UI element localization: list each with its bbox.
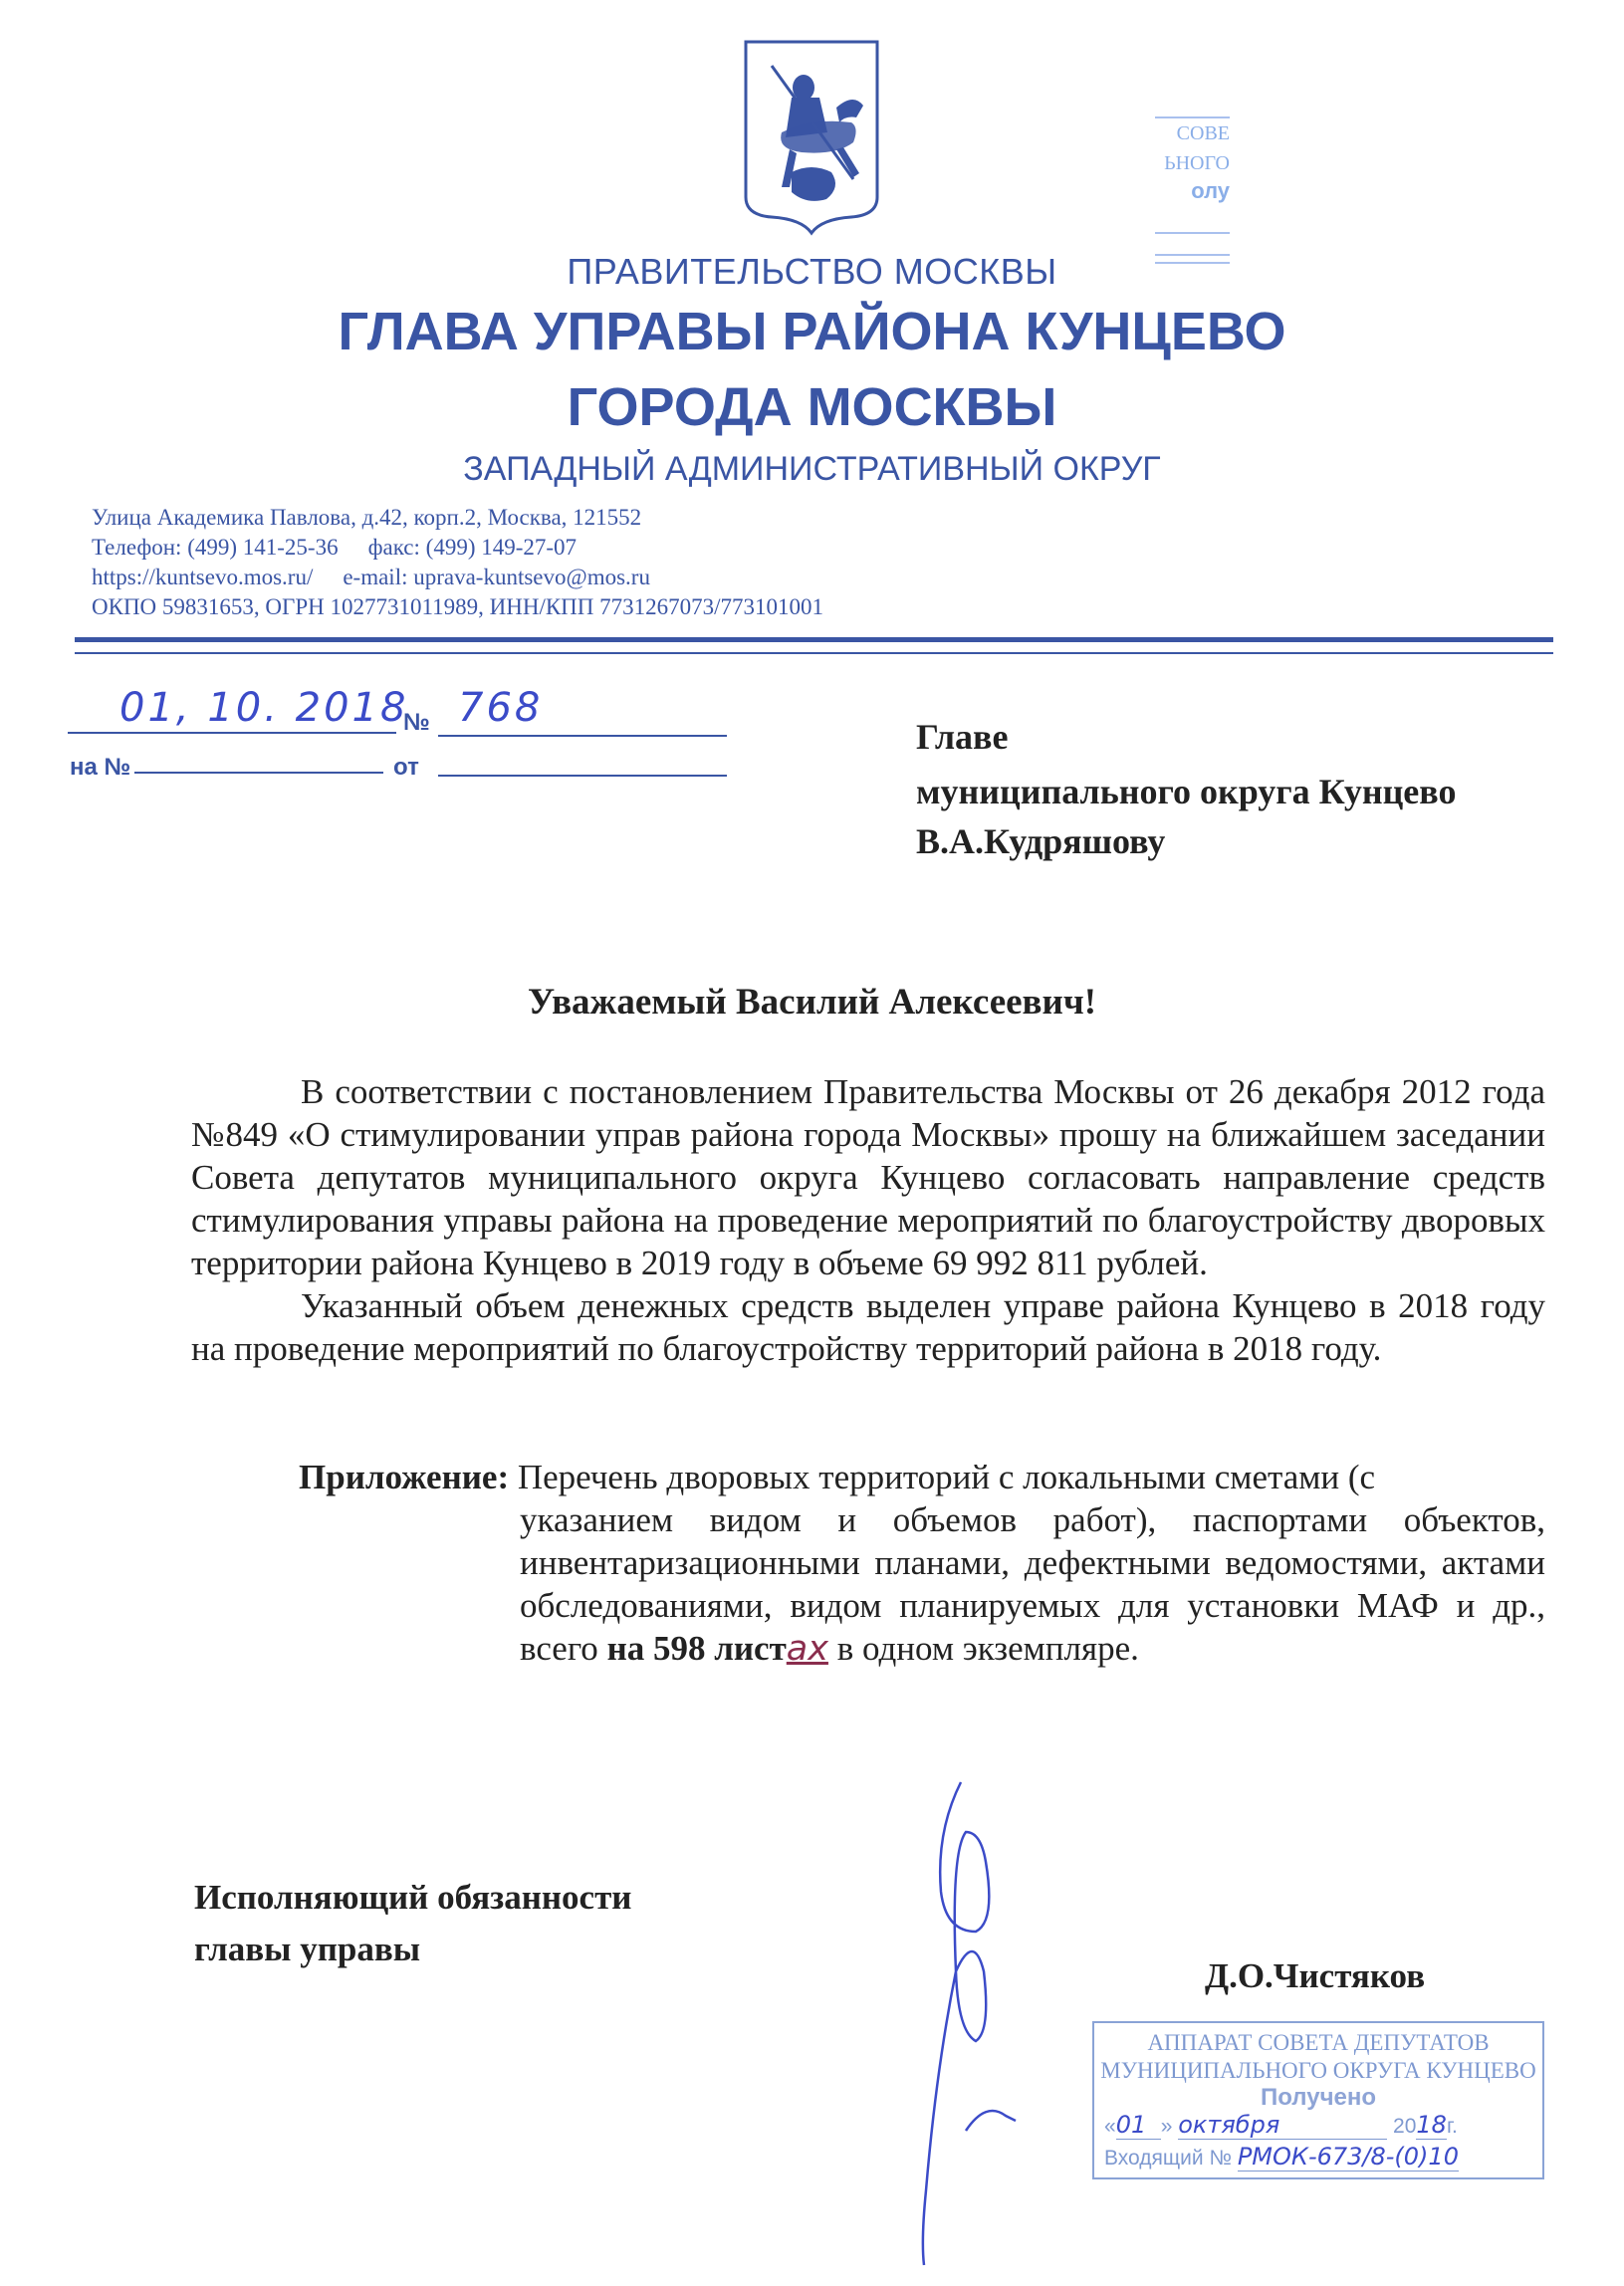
handwritten-correction: ах [787,1629,828,1669]
address: Улица Академика Павлова, д.42, корп.2, М… [92,503,641,533]
stamp-incoming-label: Входящий № [1104,2147,1232,2170]
stamp-year-prefix: 20 [1393,2115,1416,2138]
addressee-line1: Главе [916,712,1008,762]
stamp-org-line1: АППАРАТ СОВЕТА ДЕПУТАТОВ [1094,2029,1542,2057]
reply-to-number-label: на № [70,754,130,782]
appendix-label: Приложение: [299,1458,509,1496]
signer-name: Д.О.Чистяков [1205,1956,1425,1996]
offset-stamp-line2: ЬНОГО [1120,148,1230,178]
addressee-name: В.А.Кудряшову [916,816,1165,866]
appendix: Приложение: Перечень дворовых территорий… [299,1456,1545,1498]
reply-from-line [438,775,727,777]
stamp-incoming-row: Входящий № РМОК-673/8-(0)10 [1104,2143,1459,2172]
fax: факс: (499) 149-27-07 [368,535,577,560]
body-paragraph-1: В соответствии с постановлением Правител… [191,1070,1545,1284]
signer-position-line2: главы управы [194,1924,420,1975]
stamp-status: Получено [1094,2085,1542,2111]
date-field-line [68,732,396,734]
signer-position-line1: Исполняющий обязанности [194,1872,631,1924]
handwritten-signature-icon [866,1772,1115,2270]
org-title-line1: ГЛАВА УПРАВЫ РАЙОНА КУНЦЕВО [0,301,1624,362]
reply-from-label: от [393,754,419,782]
number-label: № [403,709,430,737]
stamp-rule [1155,232,1230,234]
stamp-year-suffix: 18 [1416,2111,1447,2140]
number-field-line [438,735,727,737]
stamp-date-row: «01» октября 2018г. [1104,2111,1458,2140]
reply-to-number-line [134,772,383,774]
stamp-org-line2: МУНИЦИПАЛЬНОГО ОКРУГА КУНЦЕВО [1094,2057,1542,2085]
stamp-incoming-number: РМОК-673/8-(0)10 [1238,2143,1459,2172]
addressee-line2: муниципального округа Кунцево [916,767,1456,816]
email-link[interactable]: e-mail: uprava-kuntsevo@mos.ru [343,565,650,589]
letter-body: В соответствии с постановлением Правител… [191,1070,1545,1370]
appendix-sheet-count: на 598 лист [607,1629,787,1668]
government-name: ПРАВИТЕЛЬСТВО МОСКВЫ [0,251,1624,293]
header-rule-thick [75,637,1553,642]
outgoing-number: 768 [458,685,543,731]
appendix-text: указанием видом и объемов работ), паспор… [520,1498,1545,1671]
stamp-day: 01 [1116,2111,1161,2140]
stamp-year-unit: г. [1447,2115,1458,2138]
received-stamp: АППАРАТ СОВЕТА ДЕПУТАТОВ МУНИЦИПАЛЬНОГО … [1092,2021,1544,2179]
web-email-row: https://kuntsevo.mos.ru/e-mail: uprava-k… [92,563,650,592]
registry-codes: ОКПО 59831653, ОГРН 1027731011989, ИНН/К… [92,592,823,622]
phone-fax-row: Телефон: (499) 141-25-36факс: (499) 149-… [92,533,577,563]
header-rule-thin [75,652,1553,654]
district-name: ЗАПАДНЫЙ АДМИНИСТРАТИВНЫЙ ОКРУГ [0,450,1624,489]
org-title-line2: ГОРОДА МОСКВЫ [0,376,1624,438]
offset-stamp-line1: СОВЕ [1120,118,1230,148]
moscow-coat-of-arms-icon [742,38,881,237]
appendix-first-line: Перечень дворовых территорий с локальным… [518,1458,1375,1496]
body-paragraph-2: Указанный объем денежных средств выделен… [191,1284,1545,1370]
stamp-month: октября [1178,2111,1387,2140]
greeting: Уважаемый Василий Алексеевич! [0,981,1624,1024]
appendix-ending: в одном экземпляре. [837,1629,1139,1668]
website-link[interactable]: https://kuntsevo.mos.ru/ [92,565,313,589]
offset-stamp-line3: олу [1120,178,1230,204]
phone: Телефон: (499) 141-25-36 [92,535,339,560]
outgoing-date: 01, 10. 2018 [119,685,408,731]
